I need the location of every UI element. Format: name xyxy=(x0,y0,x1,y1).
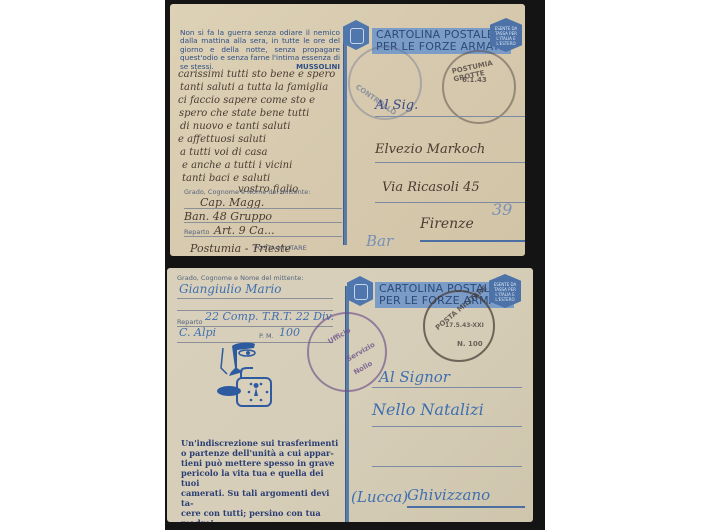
address-underline xyxy=(372,426,522,427)
sender-label: Grado, Cognome e Nome del mittente: xyxy=(184,188,310,196)
message-line: ci faccio sapere come sto e xyxy=(178,95,315,106)
message-line: tanti baci e saluti xyxy=(182,173,270,184)
address-line4-prefix: (Lucca) xyxy=(351,488,408,506)
address-line1: Al Signor xyxy=(379,368,450,386)
address-underline xyxy=(375,116,525,117)
message-line: carissimi tutti sto bene e spero xyxy=(178,69,335,80)
postcard-bottom: Grado, Cognome e Nome del mittente: Gian… xyxy=(167,268,533,522)
address-underline xyxy=(372,387,522,388)
unit-label: Reparto xyxy=(177,318,203,326)
franco-text: ESENTE DA TASSA PER L'ITALIA E L'ESTERO xyxy=(495,26,518,46)
address-line3: Via Ricasoli 45 xyxy=(382,180,480,195)
address-underline xyxy=(420,240,525,242)
warning-line: cere con tutti; persino con tua madre! xyxy=(181,508,341,522)
postcard-top: Non si fa la guerra senza odiare il nemi… xyxy=(170,4,525,256)
franco-stamp-icon: ESENTE DA TASSA PER L'ITALIA E L'ESTERO xyxy=(489,274,521,308)
address-line2: Elvezio Markoch xyxy=(375,142,485,157)
warning-line: camerati. Su tali argomenti devi ta- xyxy=(181,488,341,508)
warning-line: pericolo la vita tua e quella dei tuoi xyxy=(181,468,341,488)
unit-underline xyxy=(184,236,342,237)
unit-label: Reparto xyxy=(184,228,210,236)
message-line: spero che state bene tutti xyxy=(179,108,309,119)
address-underline xyxy=(407,506,525,508)
card-divider xyxy=(343,30,347,245)
postmark-date: 6.1.43 xyxy=(462,76,487,84)
message-line: a tutti voi di casa xyxy=(180,147,268,158)
warning-text: Un'indiscrezione sui trasferimenti o par… xyxy=(181,438,341,522)
address-line4: Firenze xyxy=(420,216,474,232)
franco-stamp-icon: ESENTE DA TASSA PER L'ITALIA E L'ESTERO xyxy=(490,18,522,52)
message-line: e affettuosi saluti xyxy=(178,134,266,145)
savoy-emblem-icon xyxy=(347,276,373,306)
message-line: e anche a tutti i vicini xyxy=(182,160,292,171)
warning-line: Un'indiscrezione sui trasferimenti xyxy=(181,438,341,448)
address-line2: Nello Natalizi xyxy=(372,400,484,419)
message-line: tanti saluti a tutta la famiglia xyxy=(180,82,328,93)
mussolini-quote: Non si fa la guerra senza odiare il nemi… xyxy=(180,29,340,71)
sender-name: Giangiulio Mario xyxy=(179,282,282,296)
address-note-number: 39 xyxy=(492,200,512,219)
sender-underline xyxy=(184,208,342,209)
address-underline xyxy=(375,162,525,163)
censor-stamp xyxy=(307,312,387,392)
posta-militare-value: Postumia - Trieste xyxy=(190,242,291,255)
sender-underline xyxy=(177,298,333,299)
silence-padlock-illustration xyxy=(207,338,287,408)
address-note-extra: Bar xyxy=(366,232,393,250)
sender-underline xyxy=(184,222,342,223)
sender-unit-line1: 22 Comp. T.R.T. 22 Div. xyxy=(205,310,334,323)
postmark-number: N. 100 xyxy=(457,340,483,348)
warning-line: tieni può mettere spesso in grave xyxy=(181,458,341,468)
postmark-date: 17.5.43-XXI xyxy=(445,322,484,329)
message-line: di nuovo e tanti saluti xyxy=(180,121,290,132)
address-underline xyxy=(372,466,522,467)
sender-label: Grado, Cognome e Nome del mittente: xyxy=(177,274,303,282)
warning-line: o partenze dell'unità a cui appar- xyxy=(181,448,341,458)
address-line1: Al Sig. xyxy=(375,98,418,113)
address-line4: Ghivizzano xyxy=(407,486,490,504)
franco-text: ESENTE DA TASSA PER L'ITALIA E L'ESTERO xyxy=(494,282,517,302)
